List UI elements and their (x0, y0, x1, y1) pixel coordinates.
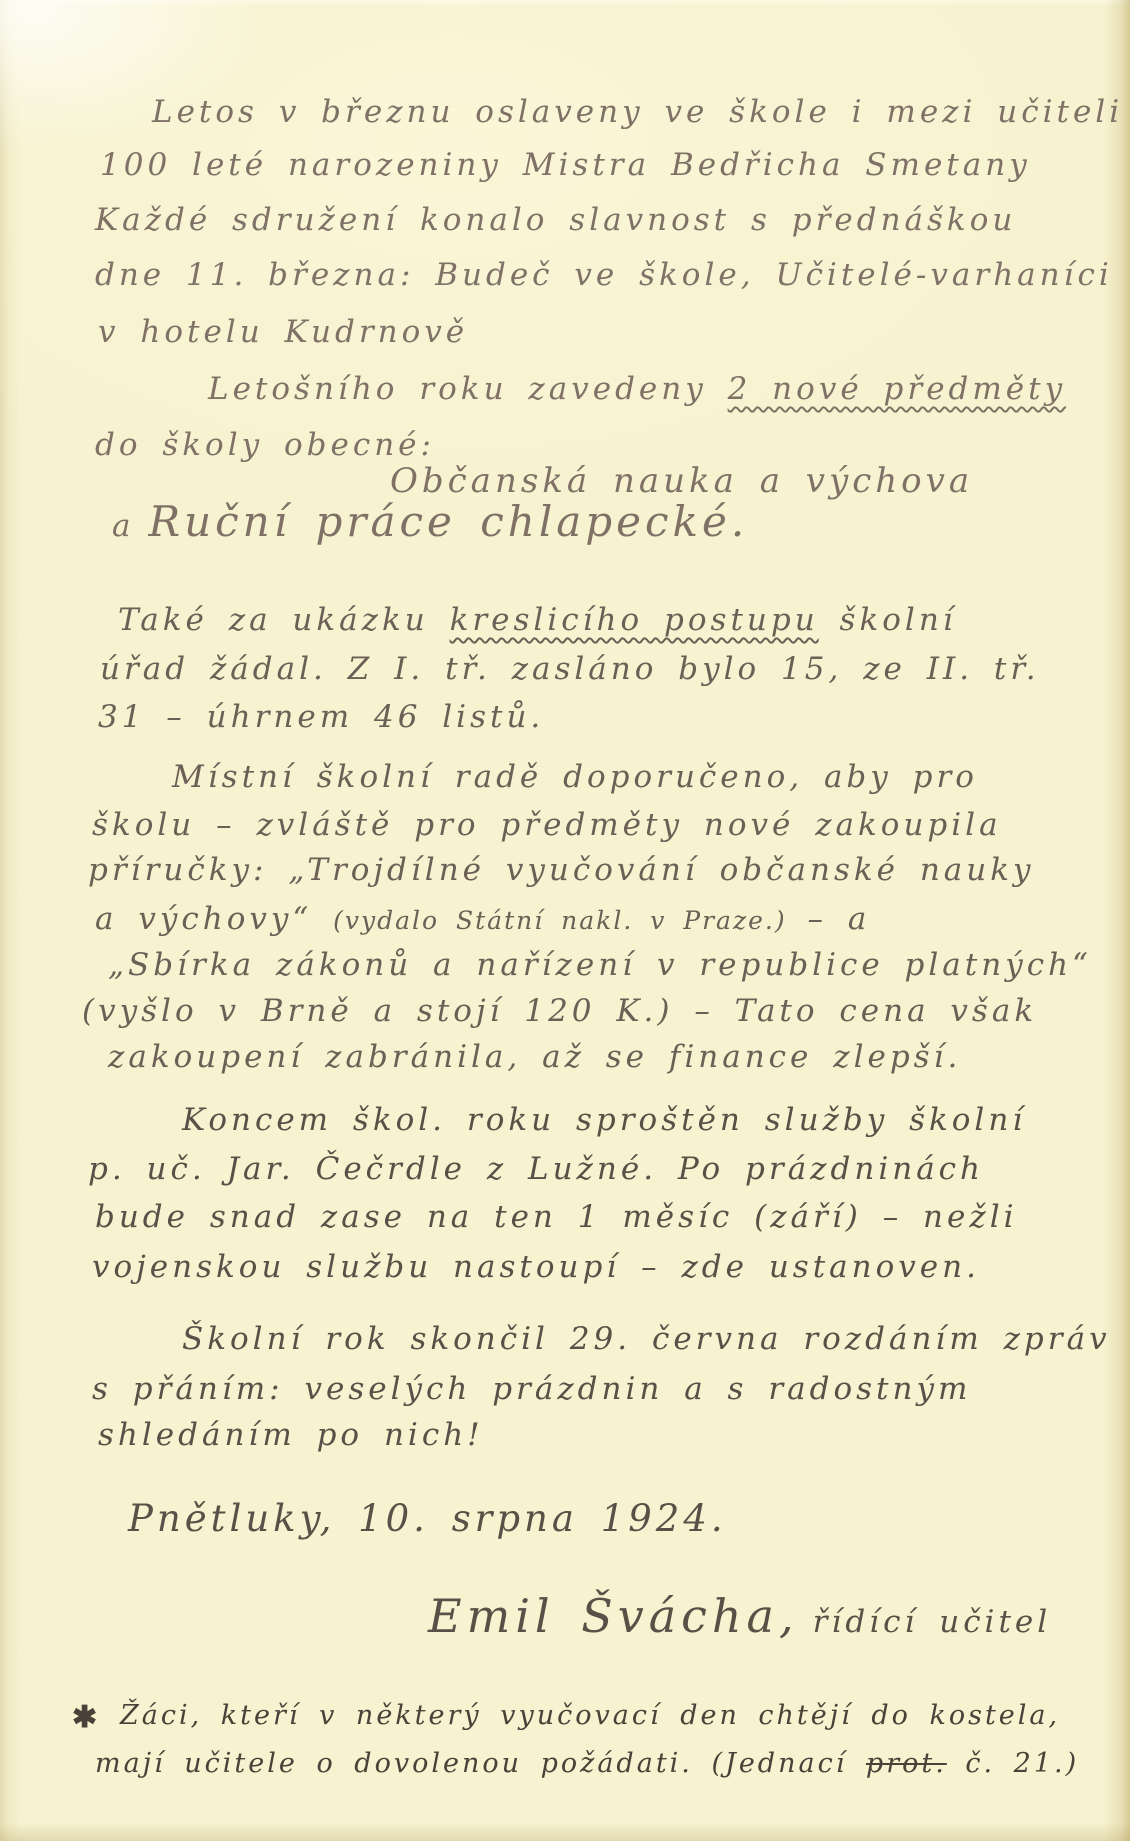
paragraph-drawing-line-3: 31 – úhrnem 46 listů. (98, 700, 544, 736)
signature-name: Emil Švácha, (428, 1590, 799, 1643)
subject-civics-line: Občanská nauka a výchova (390, 462, 973, 501)
handbooks-line4-pre: a výchovy“ (95, 901, 333, 937)
chronicle-page: Letos v březnu oslaveny ve škole i mezi … (0, 0, 1130, 1841)
paragraph-cecrdle-line-4: vojenskou službu nastoupí – zde ustanove… (92, 1250, 980, 1286)
paragraph-drawing-line-2: úřad žádal. Z I. tř. zasláno bylo 15, ze… (100, 652, 1040, 688)
handbooks-line4-paren: (vydalo Státní nakl. v Praze.) (333, 906, 787, 935)
dateline: Pnětluky, 10. srpna 1924. (128, 1498, 727, 1541)
paragraph-smetana-line-1: Letos v březnu oslaveny ve škole i mezi … (152, 95, 1123, 131)
footnote-line2-pre: mají učitele o dovolenou požádati. (Jedn… (95, 1748, 866, 1779)
paragraph-drawing-line-1: Také za ukázku kreslicího postupu školní (118, 603, 957, 639)
handicrafts-conjunction: a (112, 509, 134, 545)
paragraph-handbooks-line-3: příručky: „Trojdílné vyučování občanské … (88, 853, 1035, 889)
handicrafts-title: Ruční práce chlapecké. (148, 498, 748, 546)
paragraph-handbooks-line-2: školu – zvláště pro předměty nové zakoup… (92, 808, 1002, 844)
paragraph-year-end-line-3: shledáním po nich! (98, 1418, 484, 1454)
paragraph-handbooks-line-4: a výchovy“ (vydalo Státní nakl. v Praze.… (95, 902, 870, 938)
footnote-asterisk-icon: ✱ (72, 1700, 97, 1735)
paragraph-cecrdle-line-3: bude snad zase na ten 1 měsíc (září) – n… (95, 1200, 1018, 1236)
paragraph-handbooks-line-6: (vyšlo v Brně a stojí 120 K.) – Tato cen… (82, 994, 1037, 1030)
paragraph-cecrdle-line-1: Koncem škol. roku sproštěn služby školní (182, 1103, 1026, 1139)
signature-role: řídící učitel (813, 1605, 1052, 1641)
paragraph-smetana-line-5: v hotelu Kudrnově (98, 315, 468, 351)
drawing-post: školní (819, 602, 957, 638)
subject-handicrafts-line: a Ruční práce chlapecké. (112, 498, 748, 546)
footnote-line2-struck-word: prot. (866, 1748, 947, 1779)
paragraph-year-end-line-1: Školní rok skončil 29. června rozdáním z… (182, 1322, 1111, 1358)
paragraph-new-subjects-line-2: do školy obecné: (95, 428, 435, 464)
paragraph-handbooks-line-7: zakoupení zabránila, až se finance zlepš… (108, 1040, 961, 1076)
footnote-line2-post: č. 21.) (947, 1748, 1079, 1779)
paragraph-handbooks-line-5: „Sbírka zákonů a nařízení v republice pl… (108, 948, 1092, 984)
paragraph-smetana-line-4: dne 11. března: Budeč ve škole, Učitelé-… (95, 258, 1113, 294)
paragraph-new-subjects-line-1: Letošního roku zavedeny 2 nové předměty (208, 372, 1066, 408)
new-subjects-pre: Letošního roku zavedeny (208, 371, 728, 407)
drawing-underlined: kreslicího postupu (450, 602, 819, 638)
paragraph-smetana-line-2: 100 leté narozeniny Mistra Bedřicha Smet… (100, 148, 1031, 184)
new-subjects-underlined: 2 nové předměty (728, 371, 1066, 407)
signature-line: Emil Švácha, řídící učitel (428, 1590, 1051, 1643)
footnote-line-2: mají učitele o dovolenou požádati. (Jedn… (95, 1748, 1079, 1779)
paragraph-handbooks-line-1: Místní školní radě doporučeno, aby pro (172, 760, 978, 796)
footnote-line-1: Žáci, kteří v některý vyučovací den chtě… (120, 1700, 1060, 1731)
paragraph-cecrdle-line-2: p. uč. Jar. Čečrdle z Lužné. Po prázdnin… (88, 1152, 984, 1188)
paragraph-smetana-line-3: Každé sdružení konalo slavnost s přednáš… (95, 203, 1016, 239)
handbooks-line4-post: – a (787, 901, 871, 937)
paragraph-year-end-line-2: s přáním: veselých prázdnin a s radostný… (92, 1372, 971, 1408)
drawing-pre: Také za ukázku (118, 602, 450, 638)
